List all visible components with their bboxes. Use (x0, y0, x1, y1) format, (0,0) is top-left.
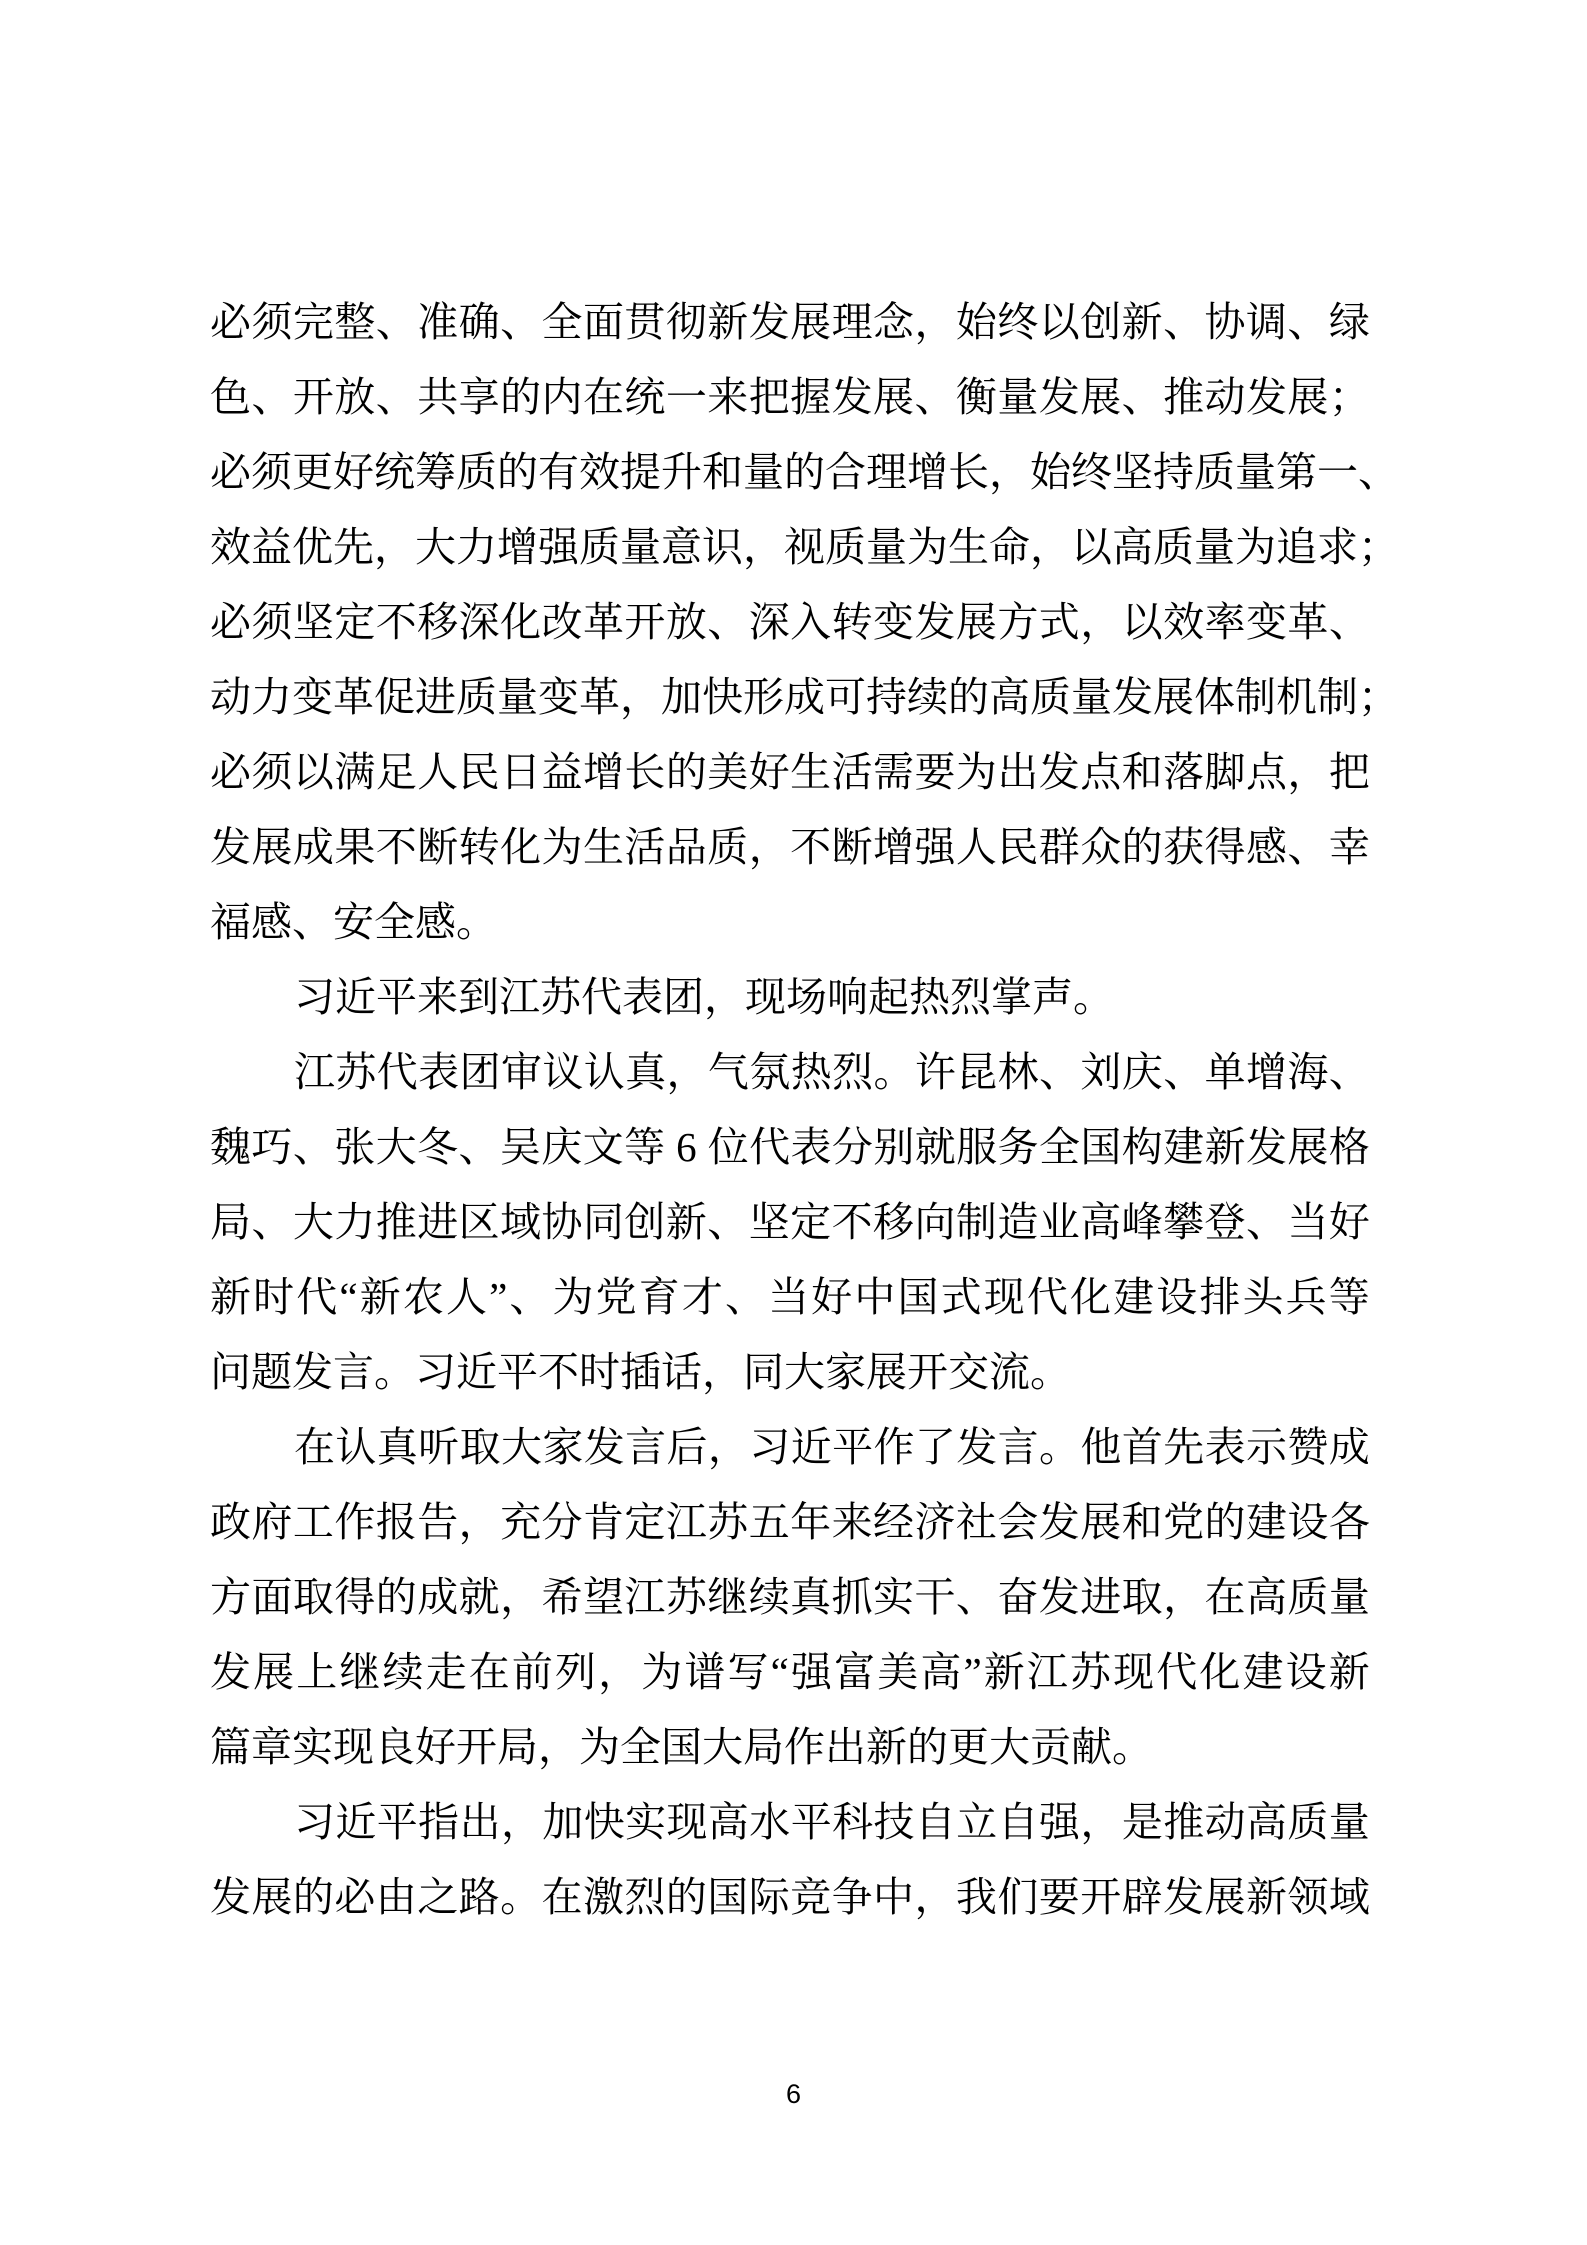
text-line: 习近平来到江苏代表团，现场响起热烈掌声。 (210, 960, 1370, 1035)
text-line: 局、大力推进区域协同创新、坚定不移向制造业高峰攀登、当好 (210, 1185, 1370, 1260)
text-line: 江苏代表团审议认真，气氛热烈。许昆林、刘庆、单增海、 (210, 1035, 1370, 1110)
document-body: 必须完整、准确、全面贯彻新发展理念，始终以创新、协调、绿色、开放、共享的内在统一… (210, 285, 1370, 1935)
page-number: 6 (0, 2078, 1587, 2110)
text-line: 必须以满足人民日益增长的美好生活需要为出发点和落脚点，把 (210, 735, 1370, 810)
text-line: 福感、安全感。 (210, 885, 1370, 960)
text-line: 在认真听取大家发言后，习近平作了发言。他首先表示赞成 (210, 1410, 1370, 1485)
text-line: 新时代“新农人”、为党育才、当好中国式现代化建设排头兵等 (210, 1260, 1370, 1335)
text-line: 发展的必由之路。在激烈的国际竞争中，我们要开辟发展新领域 (210, 1860, 1370, 1935)
text-line: 政府工作报告，充分肯定江苏五年来经济社会发展和党的建设各 (210, 1485, 1370, 1560)
text-line: 必须坚定不移深化改革开放、深入转变发展方式，以效率变革、 (210, 585, 1370, 660)
text-line: 方面取得的成就，希望江苏继续真抓实干、奋发进取，在高质量 (210, 1560, 1370, 1635)
text-line: 动力变革促进质量变革，加快形成可持续的高质量发展体制机制； (210, 660, 1370, 735)
text-line: 发展成果不断转化为生活品质，不断增强人民群众的获得感、幸 (210, 810, 1370, 885)
text-line: 必须更好统筹质的有效提升和量的合理增长，始终坚持质量第一、 (210, 435, 1370, 510)
text-line: 问题发言。习近平不时插话，同大家展开交流。 (210, 1335, 1370, 1410)
text-line: 色、开放、共享的内在统一来把握发展、衡量发展、推动发展； (210, 360, 1370, 435)
text-line: 必须完整、准确、全面贯彻新发展理念，始终以创新、协调、绿 (210, 285, 1370, 360)
text-line: 效益优先，大力增强质量意识，视质量为生命，以高质量为追求； (210, 510, 1370, 585)
document-page: 必须完整、准确、全面贯彻新发展理念，始终以创新、协调、绿色、开放、共享的内在统一… (0, 0, 1587, 2245)
text-line: 篇章实现良好开局，为全国大局作出新的更大贡献。 (210, 1710, 1370, 1785)
text-line: 发展上继续走在前列，为谱写“强富美高”新江苏现代化建设新 (210, 1635, 1370, 1710)
text-line: 魏巧、张大冬、吴庆文等 6 位代表分别就服务全国构建新发展格 (210, 1110, 1370, 1185)
text-line: 习近平指出，加快实现高水平科技自立自强，是推动高质量 (210, 1785, 1370, 1860)
